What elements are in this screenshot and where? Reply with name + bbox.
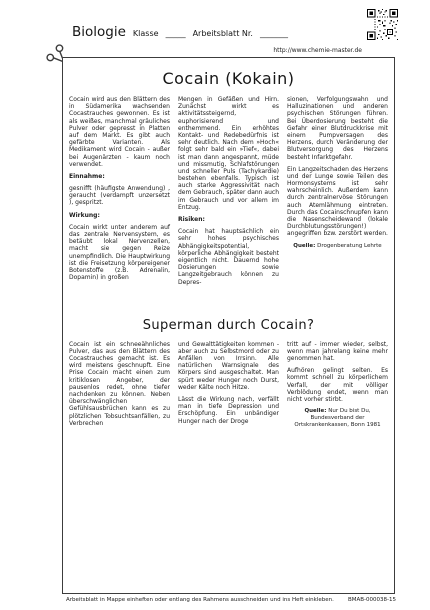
worksheet-header: Biologie Klasse _____ Arbeitsblatt Nr. _…: [72, 24, 288, 40]
article2-column-2: und Gewalttätigkeiten kommen - aber auch…: [178, 341, 279, 435]
paragraph: Cocain hat hauptsächlich ein sehr hohes …: [178, 228, 279, 286]
arbeitsblatt-blank-field: _______: [260, 29, 288, 38]
paragraph: sionen, Verfolgungswahn und Halluzinatio…: [287, 96, 388, 161]
article1-column-3: sionen, Verfolgungswahn und Halluzinatio…: [287, 96, 388, 291]
paragraph: und Gewalttätigkeiten kommen - aber auch…: [178, 341, 279, 391]
paragraph: Mengen in Gefäßen und Hirn. Zunächst wir…: [178, 96, 279, 211]
worksheet-frame: Cocain (Kokain) Cocain wird aus den Blät…: [62, 57, 395, 594]
heading-risiken: Risiken:: [178, 216, 279, 223]
paragraph: Lässt die Wirkung nach, verfällt man in …: [178, 396, 279, 425]
article2-column-3: tritt auf - immer wieder, selbst, wenn m…: [287, 341, 388, 435]
worksheet-footer: Arbeitsblatt in Mappe einheften oder ent…: [66, 597, 396, 603]
paragraph: Cocain wirkt unter anderem auf das zentr…: [69, 224, 170, 282]
article1-column-1: Cocain wird aus den Blättern des in Süda…: [69, 96, 170, 291]
qr-code-icon: [367, 9, 398, 40]
arbeitsblatt-label: Arbeitsblatt Nr.: [193, 29, 253, 38]
article2-title: Superman durch Cocain?: [69, 318, 388, 333]
source-text: Drogenberatung Lehrte: [317, 243, 382, 249]
source-label: Quelle:: [304, 408, 326, 414]
article1-columns: Cocain wird aus den Blättern des in Süda…: [69, 96, 388, 291]
paragraph: Cocain ist ein schneeähnliches Pulver, d…: [69, 341, 170, 427]
footer-code: BMAB-000038-15: [348, 597, 396, 603]
article2-source: Quelle: Nur Du bist Du, Bundesverband de…: [287, 408, 388, 429]
paragraph: tritt auf - immer wieder, selbst, wenn m…: [287, 341, 388, 363]
paragraph: Cocain wird aus den Blättern des in Süda…: [69, 96, 170, 168]
subject-title: Biologie: [72, 24, 126, 40]
heading-wirkung: Wirkung:: [69, 212, 170, 219]
paragraph: Ein Langzeitschaden des Herzens und der …: [287, 166, 388, 238]
article1-column-2: Mengen in Gefäßen und Hirn. Zunächst wir…: [178, 96, 279, 291]
footer-instruction: Arbeitsblatt in Mappe einheften oder ent…: [66, 597, 334, 603]
heading-einnahme: Einnahme:: [69, 173, 170, 180]
klasse-label: Klasse: [133, 29, 159, 38]
article2-column-1: Cocain ist ein schneeähnliches Pulver, d…: [69, 341, 170, 435]
paragraph: Aufhören gelingt selten. Es kommt schnel…: [287, 367, 388, 403]
paragraph: gesnifft (häufigste Anwendung) , gerauch…: [69, 185, 170, 207]
source-label: Quelle:: [293, 243, 315, 249]
article2-columns: Cocain ist ein schneeähnliches Pulver, d…: [69, 341, 388, 435]
klasse-blank-field: _____: [166, 29, 186, 38]
article1-title: Cocain (Kokain): [69, 69, 388, 88]
worksheet-page: Biologie Klasse _____ Arbeitsblatt Nr. _…: [0, 0, 430, 610]
article1-source: Quelle: Drogenberatung Lehrte: [287, 243, 388, 250]
website-url: http://www.chemie-master.de: [273, 47, 362, 54]
